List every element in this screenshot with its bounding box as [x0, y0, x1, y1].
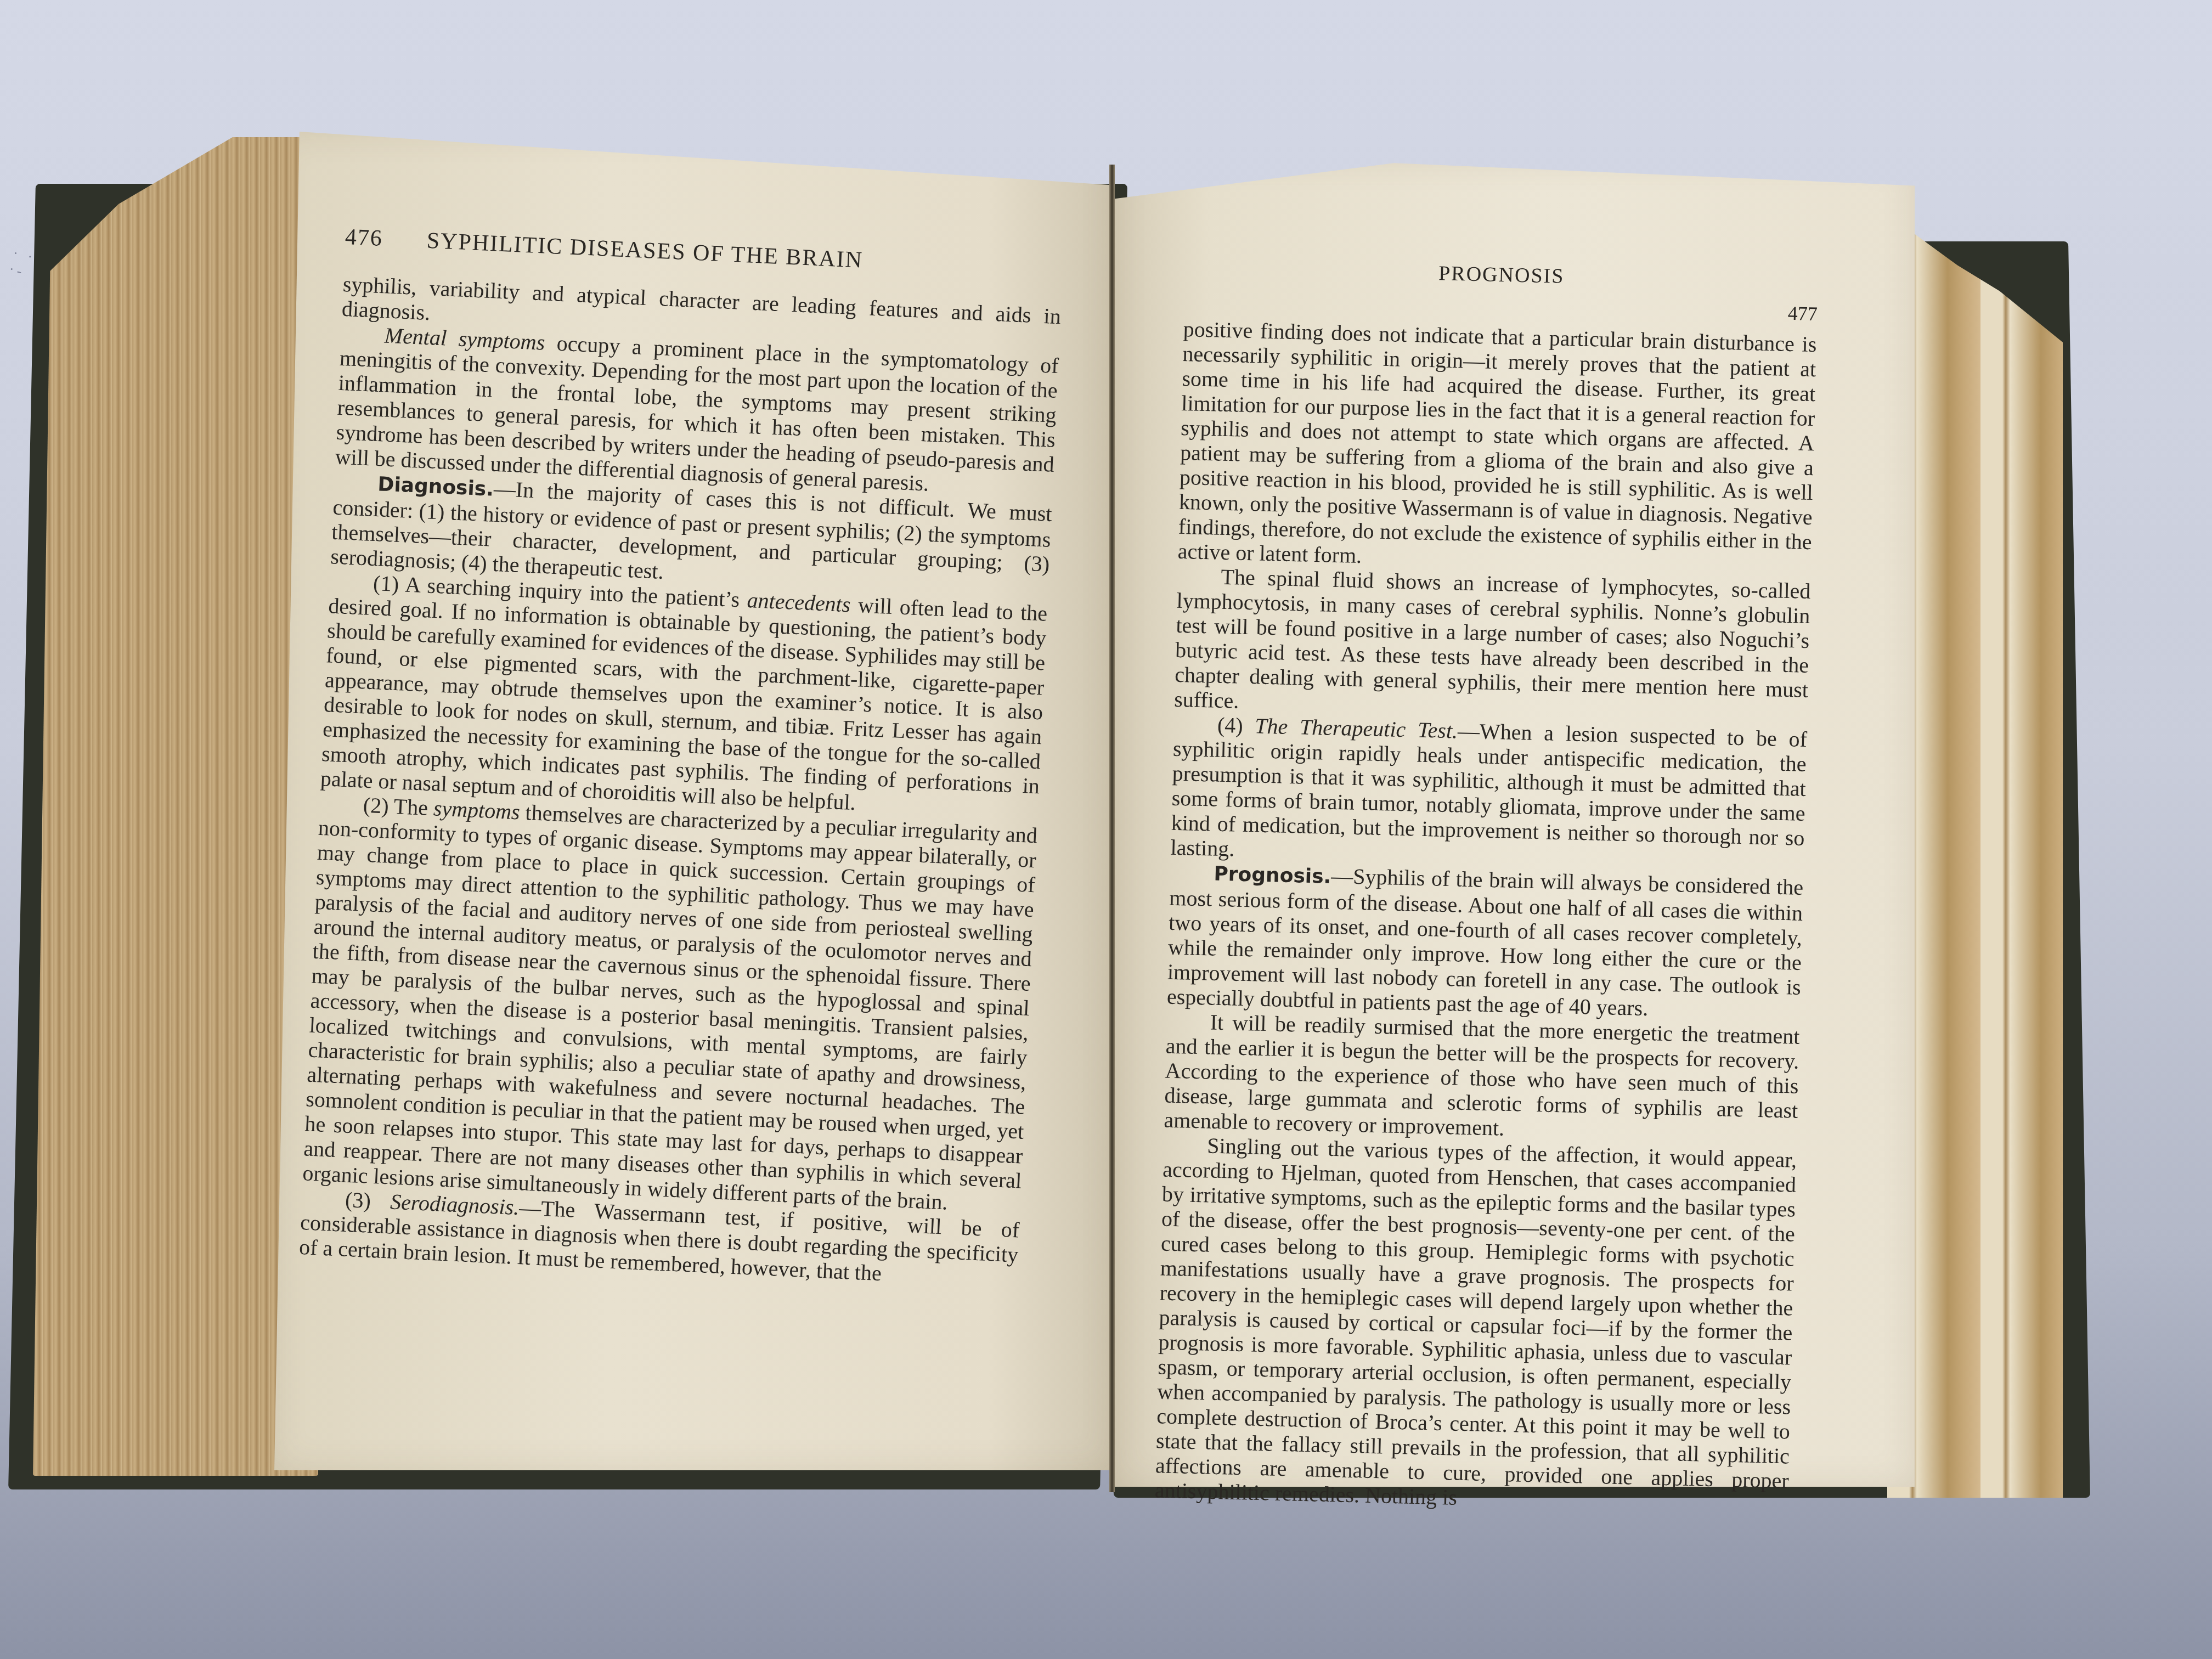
text-run: (3) — [345, 1187, 391, 1214]
text-run: (2) The — [363, 793, 434, 821]
italic-term: symptoms — [433, 795, 521, 824]
left-paragraphs: syphilis, variability and atypical chara… — [298, 272, 1061, 1292]
book-gutter — [1109, 165, 1115, 1492]
paragraph: (1) A searching inquiry into the patient… — [320, 568, 1048, 823]
paragraph: (4) The Therapeutic Test.—When a lesion … — [1170, 712, 1807, 875]
text-run: It will be readily surmised that the mor… — [1164, 1010, 1800, 1141]
text-run: syphilis, variability and atypical chara… — [341, 272, 1062, 329]
text-run: —When a lesion suspected to be of syphil… — [1170, 718, 1807, 861]
text-run: —Syphilis of the brain will always be co… — [1166, 864, 1803, 1020]
page-block-edge-left — [33, 137, 318, 1476]
right-paragraphs: positive finding does not indicate that … — [1154, 317, 1816, 1518]
text-run: (4) — [1217, 713, 1255, 738]
paragraph: Singling out the various types of the af… — [1154, 1132, 1797, 1518]
text-run: The spinal fluid shows an increase of ly… — [1174, 565, 1811, 713]
paragraph: The spinal fluid shows an increase of ly… — [1174, 563, 1811, 727]
left-page-text: 476 SYPHILITIC DISEASES OF THE BRAIN syp… — [298, 225, 1063, 1291]
text-run: will often lead to the desired goal. If … — [320, 592, 1048, 815]
paragraph: Prognosis.—Syphilis of the brain will al… — [1166, 860, 1803, 1024]
right-page-text: PROGNOSIS 477 positive finding does not … — [1154, 255, 1818, 1518]
page-number-left: 476 — [345, 225, 383, 251]
section-heading: Prognosis. — [1214, 863, 1331, 888]
paragraph: It will be readily surmised that the mor… — [1164, 1009, 1800, 1148]
text-run: Singling out the various types of the af… — [1154, 1133, 1797, 1509]
paragraph: positive finding does not indicate that … — [1177, 317, 1817, 579]
text-run: themselves are characterized by a peculi… — [302, 800, 1038, 1215]
text-run: positive finding does not indicate that … — [1177, 317, 1817, 568]
paragraph: (2) The symptoms themselves are characte… — [302, 791, 1038, 1218]
text-run: occupy a prominent place in the symptoma… — [335, 330, 1059, 496]
section-heading: Diagnosis. — [377, 473, 494, 501]
